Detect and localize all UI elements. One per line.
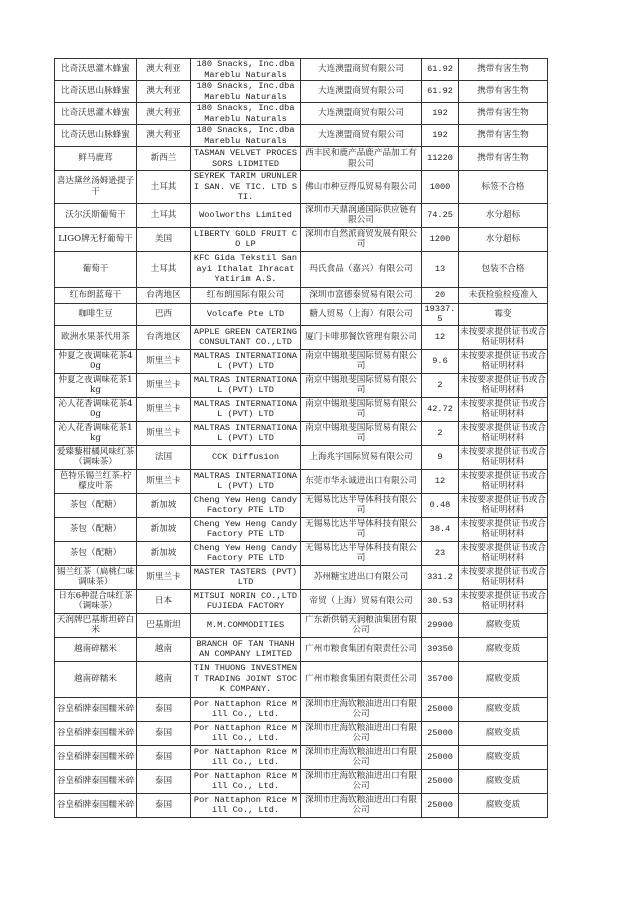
product-name-cell: 沁人花香调味花茶1kg bbox=[55, 421, 137, 445]
origin-cell: 斯里兰卡 bbox=[137, 373, 191, 397]
reason-cell: 携带有害生物 bbox=[459, 59, 548, 81]
weight-cell: 42.72 bbox=[422, 397, 459, 421]
importer-cell: 南京中锡琅斐国际贸易有限公司 bbox=[301, 421, 422, 445]
product-name-cell: 比奇沃思山脉蜂蜜 bbox=[55, 81, 137, 103]
importer-cell: 无锡易比达半导体科技有限公司 bbox=[301, 517, 422, 541]
producer-cell: Cheng Yew Heng Candy Factory PTE LTD bbox=[191, 517, 301, 541]
reason-cell: 霉变 bbox=[459, 303, 548, 325]
producer-cell: Por Nattaphon Rice Mill Co., Ltd. bbox=[191, 769, 301, 793]
product-name-cell: 芭特乐锡兰红茶-柠檬皮叶茶 bbox=[55, 469, 137, 493]
producer-cell: 180 Snacks, Inc.dba Mareblu Naturals bbox=[191, 103, 301, 125]
weight-cell: 25000 bbox=[422, 721, 459, 745]
reason-cell: 未获检验检疫准入 bbox=[459, 287, 548, 303]
origin-cell: 巴基斯坦 bbox=[137, 613, 191, 637]
reason-cell: 未按要求提供证书或合格证明材料 bbox=[459, 541, 548, 565]
origin-cell: 斯里兰卡 bbox=[137, 397, 191, 421]
reason-cell: 腐败变质 bbox=[459, 697, 548, 721]
product-name-cell: 比奇沃思灌木蜂蜜 bbox=[55, 59, 137, 81]
importer-cell: 佛山市种豆得瓜贸易有限公司 bbox=[301, 171, 422, 204]
table-row: 比奇沃思灌木蜂蜜澳大利亚180 Snacks, Inc.dba Mareblu … bbox=[55, 59, 548, 81]
importer-cell: 深圳市富德泰贸易有限公司 bbox=[301, 287, 422, 303]
table-row: 比奇沃思灌木蜂蜜澳大利亚180 Snacks, Inc.dba Mareblu … bbox=[55, 103, 548, 125]
importer-cell: 大连澳盟商贸有限公司 bbox=[301, 81, 422, 103]
product-name-cell: 红布朗蓝莓干 bbox=[55, 287, 137, 303]
producer-cell: CCK Diffusion bbox=[191, 445, 301, 469]
table-row: 谷皇稻牌泰国糯米碎泰国Por Nattaphon Rice Mill Co., … bbox=[55, 745, 548, 769]
importer-cell: 深圳市自然派商贸发展有限公司 bbox=[301, 227, 422, 251]
weight-cell: 2 bbox=[422, 421, 459, 445]
reason-cell: 携带有害生物 bbox=[459, 81, 548, 103]
importer-cell: 南京中锡琅斐国际贸易有限公司 bbox=[301, 397, 422, 421]
product-name-cell: 咖啡生豆 bbox=[55, 303, 137, 325]
origin-cell: 台湾地区 bbox=[137, 325, 191, 349]
producer-cell: Por Nattaphon Rice Mill Co., Ltd. bbox=[191, 745, 301, 769]
importer-cell: 帝贸（上海）贸易有限公司 bbox=[301, 589, 422, 613]
weight-cell: 61.92 bbox=[422, 81, 459, 103]
table-row: 比奇沃思山脉蜂蜜澳大利亚180 Snacks, Inc.dba Mareblu … bbox=[55, 125, 548, 147]
weight-cell: 192 bbox=[422, 125, 459, 147]
producer-cell: 180 Snacks, Inc.dba Mareblu Naturals bbox=[191, 59, 301, 81]
weight-cell: 19337.5 bbox=[422, 303, 459, 325]
reason-cell: 腐败变质 bbox=[459, 637, 548, 661]
product-name-cell: LIGO牌无籽葡萄干 bbox=[55, 227, 137, 251]
importer-cell: 广州市粮食集团有限责任公司 bbox=[301, 637, 422, 661]
product-name-cell: 仲夏之夜调味花茶40g bbox=[55, 349, 137, 373]
origin-cell: 泰国 bbox=[137, 769, 191, 793]
weight-cell: 25000 bbox=[422, 697, 459, 721]
importer-cell: 大连澳盟商贸有限公司 bbox=[301, 59, 422, 81]
reason-cell: 腐败变质 bbox=[459, 793, 548, 817]
product-name-cell: 爱臻藜柑橘风味红茶（调味茶） bbox=[55, 445, 137, 469]
weight-cell: 11220 bbox=[422, 147, 459, 171]
importer-cell: 广州市粮食集团有限责任公司 bbox=[301, 661, 422, 697]
reason-cell: 腐败变质 bbox=[459, 769, 548, 793]
product-name-cell: 锡兰红茶（扁桃仁味调味茶） bbox=[55, 565, 137, 589]
producer-cell: Por Nattaphon Rice Mill Co., Ltd. bbox=[191, 793, 301, 817]
weight-cell: 2 bbox=[422, 373, 459, 397]
product-name-cell: 比奇沃思灌木蜂蜜 bbox=[55, 103, 137, 125]
reason-cell: 腐败变质 bbox=[459, 721, 548, 745]
importer-cell: 糖人贸易（上海）有限公司 bbox=[301, 303, 422, 325]
producer-cell: MALTRAS INTERNATIONAL (PVT) LTD bbox=[191, 397, 301, 421]
reason-cell: 未按要求提供证书或合格证明材料 bbox=[459, 469, 548, 493]
importer-cell: 大连澳盟商贸有限公司 bbox=[301, 125, 422, 147]
producer-cell: KFC Gida Tekstil Sanayi Ithalat Ihracat … bbox=[191, 251, 301, 287]
weight-cell: 38.4 bbox=[422, 517, 459, 541]
producer-cell: 180 Snacks, Inc.dba Mareblu Naturals bbox=[191, 81, 301, 103]
table-row: LIGO牌无籽葡萄干美国LIBERTY GOLD FRUIT CO LP深圳市自… bbox=[55, 227, 548, 251]
importer-cell: 西丰民和鹿产品鹿产品加工有限公司 bbox=[301, 147, 422, 171]
table-row: 红布朗蓝莓干台湾地区红布朗国际有限公司深圳市富德泰贸易有限公司20未获检验检疫准… bbox=[55, 287, 548, 303]
product-name-cell: 喜达黛丝汤姆逊提子干 bbox=[55, 171, 137, 204]
reason-cell: 携带有害生物 bbox=[459, 147, 548, 171]
reason-cell: 未按要求提供证书或合格证明材料 bbox=[459, 589, 548, 613]
reason-cell: 未按要求提供证书或合格证明材料 bbox=[459, 517, 548, 541]
product-name-cell: 谷皇稻牌泰国糯米碎 bbox=[55, 793, 137, 817]
weight-cell: 9 bbox=[422, 445, 459, 469]
product-name-cell: 沃尔沃斯葡萄干 bbox=[55, 203, 137, 227]
product-name-cell: 越南碎糯米 bbox=[55, 637, 137, 661]
reason-cell: 携带有害生物 bbox=[459, 125, 548, 147]
origin-cell: 越南 bbox=[137, 661, 191, 697]
table-row: 日东6种混合味红茶（调味茶）日本MITSUI NORIN CO.,LTD FUJ… bbox=[55, 589, 548, 613]
table-body: 比奇沃思灌木蜂蜜澳大利亚180 Snacks, Inc.dba Mareblu … bbox=[55, 59, 548, 818]
importer-cell: 上海兆宇国际贸易有限公司 bbox=[301, 445, 422, 469]
weight-cell: 1000 bbox=[422, 171, 459, 204]
product-name-cell: 葡萄干 bbox=[55, 251, 137, 287]
importer-cell: 东莞市华永诚进出口有限公司 bbox=[301, 469, 422, 493]
product-name-cell: 茶包（配糖） bbox=[55, 517, 137, 541]
table-row: 咖啡生豆巴西Volcafe Pte LTD糖人贸易（上海）有限公司19337.5… bbox=[55, 303, 548, 325]
table-row: 谷皇稻牌泰国糯米碎泰国Por Nattaphon Rice Mill Co., … bbox=[55, 769, 548, 793]
table-row: 欧洲水果茶代用茶台湾地区APPLE GREEN CATERING CONSULT… bbox=[55, 325, 548, 349]
producer-cell: MALTRAS INTERNATIONAL (PVT) LTD bbox=[191, 469, 301, 493]
origin-cell: 法国 bbox=[137, 445, 191, 469]
product-name-cell: 谷皇稻牌泰国糯米碎 bbox=[55, 769, 137, 793]
weight-cell: 61.92 bbox=[422, 59, 459, 81]
origin-cell: 新西兰 bbox=[137, 147, 191, 171]
importer-cell: 广东新供销天润粮油集团有限公司 bbox=[301, 613, 422, 637]
origin-cell: 泰国 bbox=[137, 745, 191, 769]
rejected-imports-table: 比奇沃思灌木蜂蜜澳大利亚180 Snacks, Inc.dba Mareblu … bbox=[54, 58, 548, 818]
origin-cell: 斯里兰卡 bbox=[137, 565, 191, 589]
reason-cell: 未按要求提供证书或合格证明材料 bbox=[459, 445, 548, 469]
weight-cell: 12 bbox=[422, 325, 459, 349]
reason-cell: 未按要求提供证书或合格证明材料 bbox=[459, 373, 548, 397]
importer-cell: 深圳市庄海钦粮油进出口有限公司 bbox=[301, 769, 422, 793]
reason-cell: 未按要求提供证书或合格证明材料 bbox=[459, 349, 548, 373]
product-name-cell: 欧洲水果茶代用茶 bbox=[55, 325, 137, 349]
reason-cell: 未按要求提供证书或合格证明材料 bbox=[459, 325, 548, 349]
table-row: 茶包（配糖）新加坡Cheng Yew Heng Candy Factory PT… bbox=[55, 493, 548, 517]
origin-cell: 新加坡 bbox=[137, 541, 191, 565]
product-name-cell: 茶包（配糖） bbox=[55, 541, 137, 565]
product-name-cell: 茶包（配糖） bbox=[55, 493, 137, 517]
producer-cell: MALTRAS INTERNATIONAL (PVT) LTD bbox=[191, 421, 301, 445]
table-row: 仲夏之夜调味花茶1kg斯里兰卡MALTRAS INTERNATIONAL (PV… bbox=[55, 373, 548, 397]
table-row: 锡兰红茶（扁桃仁味调味茶）斯里兰卡MASTER TASTERS (PVT) LT… bbox=[55, 565, 548, 589]
producer-cell: Cheng Yew Heng Candy Factory PTE LTD bbox=[191, 541, 301, 565]
weight-cell: 25000 bbox=[422, 745, 459, 769]
reason-cell: 腐败变质 bbox=[459, 613, 548, 637]
table-row: 越南碎糯米越南BRANCH OF TAN THANH AN COMPANY LI… bbox=[55, 637, 548, 661]
producer-cell: BRANCH OF TAN THANH AN COMPANY LIMITED bbox=[191, 637, 301, 661]
producer-cell: Woolworths Limited bbox=[191, 203, 301, 227]
table-row: 谷皇稻牌泰国糯米碎泰国Por Nattaphon Rice Mill Co., … bbox=[55, 793, 548, 817]
table-row: 喜达黛丝汤姆逊提子干土耳其SEYREK TARIM URUNLERI SAN. … bbox=[55, 171, 548, 204]
weight-cell: 39350 bbox=[422, 637, 459, 661]
table-row: 谷皇稻牌泰国糯米碎泰国Por Nattaphon Rice Mill Co., … bbox=[55, 721, 548, 745]
table-row: 沁人花香调味花茶40g斯里兰卡MALTRAS INTERNATIONAL (PV… bbox=[55, 397, 548, 421]
table-row: 谷皇稻牌泰国糯米碎泰国Por Nattaphon Rice Mill Co., … bbox=[55, 697, 548, 721]
product-name-cell: 沁人花香调味花茶40g bbox=[55, 397, 137, 421]
producer-cell: MITSUI NORIN CO.,LTD FUJIEDA FACTORY bbox=[191, 589, 301, 613]
reason-cell: 未按要求提供证书或合格证明材料 bbox=[459, 493, 548, 517]
importer-cell: 深圳市天鼎润通国际供应链有限公司 bbox=[301, 203, 422, 227]
reason-cell: 未按要求提供证书或合格证明材料 bbox=[459, 565, 548, 589]
origin-cell: 土耳其 bbox=[137, 171, 191, 204]
table-row: 沁人花香调味花茶1kg斯里兰卡MALTRAS INTERNATIONAL (PV… bbox=[55, 421, 548, 445]
producer-cell: 180 Snacks, Inc.dba Mareblu Naturals bbox=[191, 125, 301, 147]
producer-cell: MALTRAS INTERNATIONAL (PVT) LTD bbox=[191, 373, 301, 397]
origin-cell: 斯里兰卡 bbox=[137, 421, 191, 445]
weight-cell: 29900 bbox=[422, 613, 459, 637]
product-name-cell: 谷皇稻牌泰国糯米碎 bbox=[55, 745, 137, 769]
weight-cell: 25000 bbox=[422, 769, 459, 793]
table-row: 茶包（配糖）新加坡Cheng Yew Heng Candy Factory PT… bbox=[55, 541, 548, 565]
producer-cell: Por Nattaphon Rice Mill Co., Ltd. bbox=[191, 697, 301, 721]
product-name-cell: 谷皇稻牌泰国糯米碎 bbox=[55, 697, 137, 721]
weight-cell: 74.25 bbox=[422, 203, 459, 227]
importer-cell: 深圳市庄海钦粮油进出口有限公司 bbox=[301, 745, 422, 769]
product-name-cell: 比奇沃思山脉蜂蜜 bbox=[55, 125, 137, 147]
origin-cell: 新加坡 bbox=[137, 517, 191, 541]
origin-cell: 澳大利亚 bbox=[137, 59, 191, 81]
origin-cell: 泰国 bbox=[137, 721, 191, 745]
reason-cell: 水分超标 bbox=[459, 227, 548, 251]
importer-cell: 大连澳盟商贸有限公司 bbox=[301, 103, 422, 125]
table-row: 天润牌巴基斯坦碎白米巴基斯坦M.M.COMMODITIES广东新供销天润粮油集团… bbox=[55, 613, 548, 637]
weight-cell: 30.53 bbox=[422, 589, 459, 613]
reason-cell: 腐败变质 bbox=[459, 745, 548, 769]
weight-cell: 9.6 bbox=[422, 349, 459, 373]
origin-cell: 土耳其 bbox=[137, 203, 191, 227]
weight-cell: 1200 bbox=[422, 227, 459, 251]
importer-cell: 深圳市庄海钦粮油进出口有限公司 bbox=[301, 697, 422, 721]
producer-cell: LIBERTY GOLD FRUIT CO LP bbox=[191, 227, 301, 251]
origin-cell: 泰国 bbox=[137, 697, 191, 721]
producer-cell: MALTRAS INTERNATIONAL (PVT) LTD bbox=[191, 349, 301, 373]
table-row: 芭特乐锡兰红茶-柠檬皮叶茶斯里兰卡MALTRAS INTERNATIONAL (… bbox=[55, 469, 548, 493]
origin-cell: 斯里兰卡 bbox=[137, 349, 191, 373]
origin-cell: 巴西 bbox=[137, 303, 191, 325]
origin-cell: 越南 bbox=[137, 637, 191, 661]
importer-cell: 苏州糖宝进出口有限公司 bbox=[301, 565, 422, 589]
origin-cell: 泰国 bbox=[137, 793, 191, 817]
origin-cell: 日本 bbox=[137, 589, 191, 613]
origin-cell: 台湾地区 bbox=[137, 287, 191, 303]
product-name-cell: 日东6种混合味红茶（调味茶） bbox=[55, 589, 137, 613]
reason-cell: 包装不合格 bbox=[459, 251, 548, 287]
weight-cell: 20 bbox=[422, 287, 459, 303]
table-row: 沃尔沃斯葡萄干土耳其Woolworths Limited深圳市天鼎润通国际供应链… bbox=[55, 203, 548, 227]
table-row: 比奇沃思山脉蜂蜜澳大利亚180 Snacks, Inc.dba Mareblu … bbox=[55, 81, 548, 103]
table-row: 鲜马鹿茸新西兰TASMAN VELVET PROCESSORS LIDMITED… bbox=[55, 147, 548, 171]
producer-cell: TIN THUONG INVESTMENT TRADING JOINT STOC… bbox=[191, 661, 301, 697]
product-name-cell: 天润牌巴基斯坦碎白米 bbox=[55, 613, 137, 637]
producer-cell: APPLE GREEN CATERING CONSULTANT CO.,LTD bbox=[191, 325, 301, 349]
importer-cell: 深圳市庄海钦粮油进出口有限公司 bbox=[301, 721, 422, 745]
weight-cell: 0.48 bbox=[422, 493, 459, 517]
product-name-cell: 鲜马鹿茸 bbox=[55, 147, 137, 171]
table-row: 茶包（配糖）新加坡Cheng Yew Heng Candy Factory PT… bbox=[55, 517, 548, 541]
producer-cell: 红布朗国际有限公司 bbox=[191, 287, 301, 303]
producer-cell: SEYREK TARIM URUNLERI SAN. VE TIC. LTD S… bbox=[191, 171, 301, 204]
product-name-cell: 谷皇稻牌泰国糯米碎 bbox=[55, 721, 137, 745]
importer-cell: 无锡易比达半导体科技有限公司 bbox=[301, 493, 422, 517]
importer-cell: 南京中锡琅斐国际贸易有限公司 bbox=[301, 373, 422, 397]
weight-cell: 331.2 bbox=[422, 565, 459, 589]
weight-cell: 25000 bbox=[422, 793, 459, 817]
table-row: 仲夏之夜调味花茶40g斯里兰卡MALTRAS INTERNATIONAL (PV… bbox=[55, 349, 548, 373]
importer-cell: 厦门卡啡那餐饮管理有限公司 bbox=[301, 325, 422, 349]
producer-cell: Volcafe Pte LTD bbox=[191, 303, 301, 325]
weight-cell: 12 bbox=[422, 469, 459, 493]
weight-cell: 13 bbox=[422, 251, 459, 287]
reason-cell: 腐败变质 bbox=[459, 661, 548, 697]
importer-cell: 南京中锡琅斐国际贸易有限公司 bbox=[301, 349, 422, 373]
weight-cell: 23 bbox=[422, 541, 459, 565]
origin-cell: 美国 bbox=[137, 227, 191, 251]
product-name-cell: 越南碎糯米 bbox=[55, 661, 137, 697]
weight-cell: 192 bbox=[422, 103, 459, 125]
weight-cell: 35700 bbox=[422, 661, 459, 697]
origin-cell: 土耳其 bbox=[137, 251, 191, 287]
producer-cell: Por Nattaphon Rice Mill Co., Ltd. bbox=[191, 721, 301, 745]
reason-cell: 携带有害生物 bbox=[459, 103, 548, 125]
table-row: 爱臻藜柑橘风味红茶（调味茶）法国CCK Diffusion上海兆宇国际贸易有限公… bbox=[55, 445, 548, 469]
origin-cell: 新加坡 bbox=[137, 493, 191, 517]
reason-cell: 未按要求提供证书或合格证明材料 bbox=[459, 421, 548, 445]
origin-cell: 澳大利亚 bbox=[137, 81, 191, 103]
reason-cell: 水分超标 bbox=[459, 203, 548, 227]
origin-cell: 斯里兰卡 bbox=[137, 469, 191, 493]
importer-cell: 深圳市庄海钦粮油进出口有限公司 bbox=[301, 793, 422, 817]
table-row: 葡萄干土耳其KFC Gida Tekstil Sanayi Ithalat Ih… bbox=[55, 251, 548, 287]
origin-cell: 澳大利亚 bbox=[137, 103, 191, 125]
producer-cell: M.M.COMMODITIES bbox=[191, 613, 301, 637]
origin-cell: 澳大利亚 bbox=[137, 125, 191, 147]
reason-cell: 未按要求提供证书或合格证明材料 bbox=[459, 397, 548, 421]
producer-cell: Cheng Yew Heng Candy Factory PTE LTD bbox=[191, 493, 301, 517]
producer-cell: MASTER TASTERS (PVT) LTD bbox=[191, 565, 301, 589]
importer-cell: 无锡易比达半导体科技有限公司 bbox=[301, 541, 422, 565]
importer-cell: 玛氏食品（嘉兴）有限公司 bbox=[301, 251, 422, 287]
producer-cell: TASMAN VELVET PROCESSORS LIDMITED bbox=[191, 147, 301, 171]
reason-cell: 标签不合格 bbox=[459, 171, 548, 204]
table-row: 越南碎糯米越南TIN THUONG INVESTMENT TRADING JOI… bbox=[55, 661, 548, 697]
product-name-cell: 仲夏之夜调味花茶1kg bbox=[55, 373, 137, 397]
